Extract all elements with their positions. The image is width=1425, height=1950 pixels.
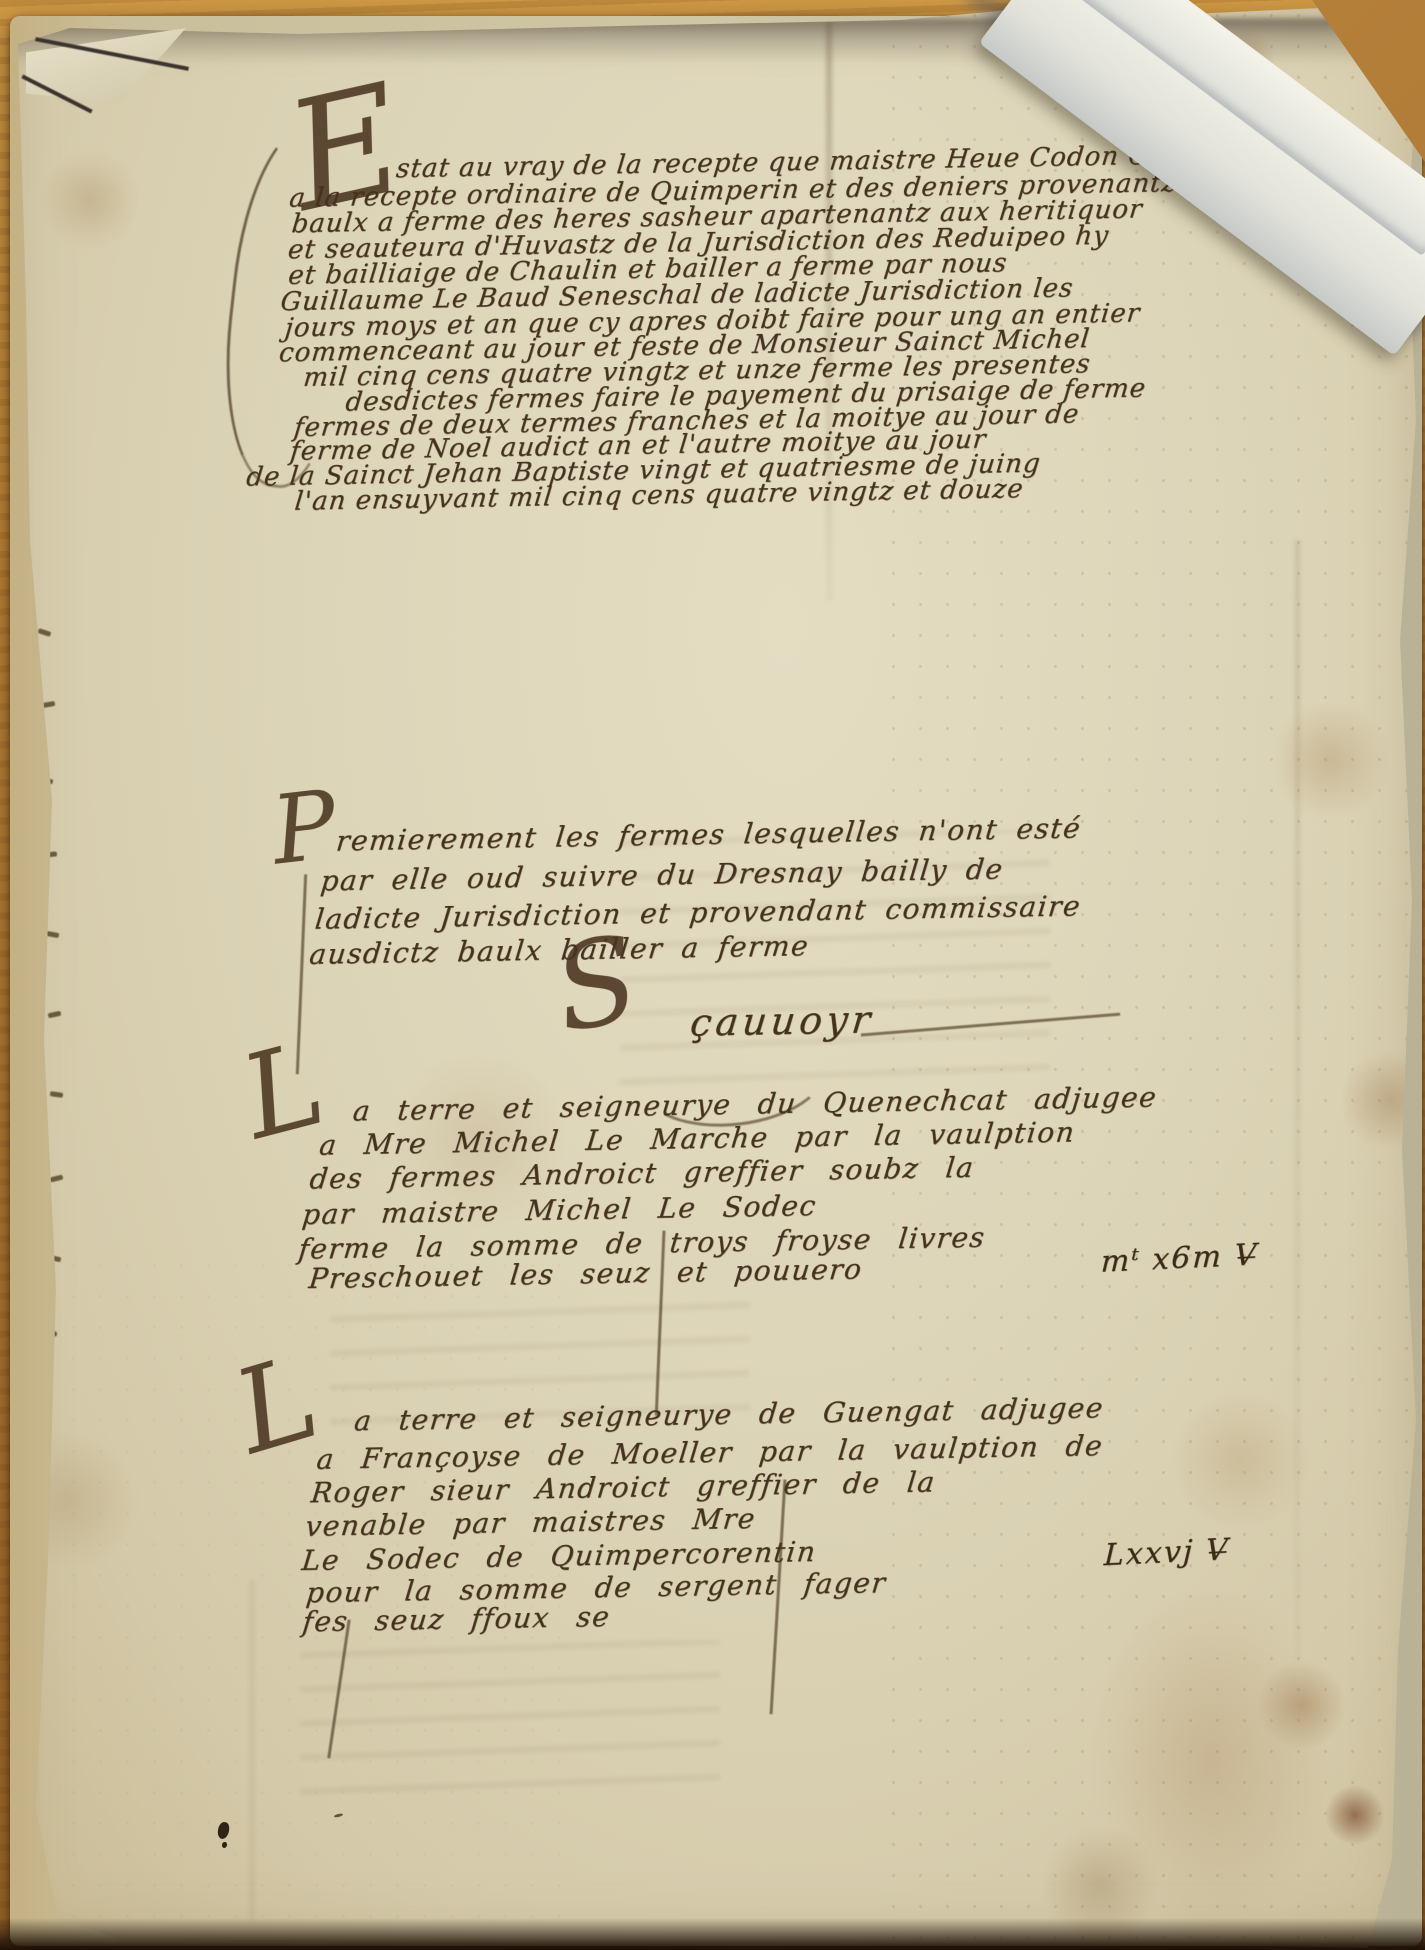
- manuscript-line: ladicte Jurisdiction et provendant commi…: [313, 889, 1083, 935]
- handwritten-text-layer: E stat au vray de la recepte que maistre…: [0, 0, 1425, 1950]
- entry-initial-L: L: [233, 1033, 333, 1152]
- manuscript-line: par elle oud suivre du Dresnay bailly de: [319, 853, 1005, 898]
- manuscript-page: E stat au vray de la recepte que maistre…: [0, 0, 1425, 1950]
- manuscript-line: remierement les fermes lesquelles n'ont …: [335, 812, 1084, 858]
- margin-amount: mᵗ x6m V̶: [1100, 1238, 1259, 1280]
- margin-amount: Lxxvj V̶: [1103, 1532, 1230, 1573]
- entry-initial-L: L: [225, 1346, 328, 1467]
- descender-flourish: [327, 1619, 350, 1758]
- heading-flourish: [861, 1013, 1120, 1037]
- bottom-shadow: [0, 1918, 1425, 1950]
- decorated-initial-P: P: [268, 783, 341, 875]
- photograph-of-manuscript: E stat au vray de la recepte que maistre…: [0, 0, 1425, 1950]
